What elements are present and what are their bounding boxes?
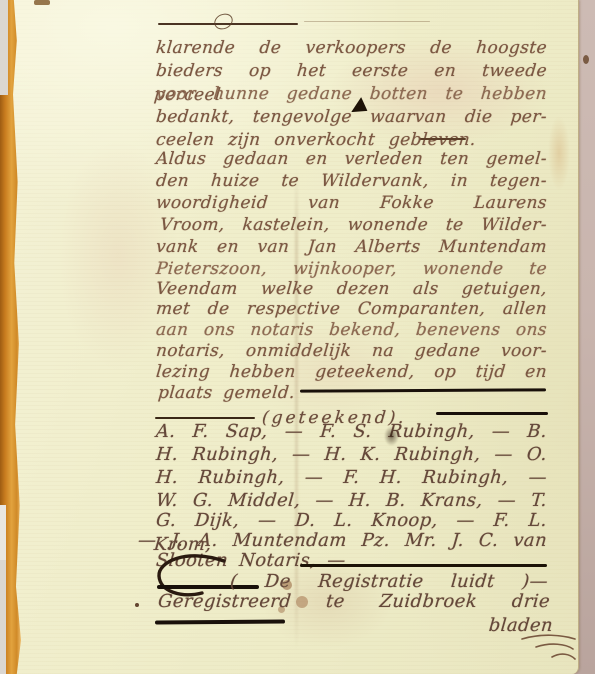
- ink-smear: [384, 426, 399, 446]
- backing-sliver-bottom-left: [0, 560, 6, 674]
- backing-sliver-top-left: [0, 0, 8, 95]
- rule-after-gebleven: [420, 138, 466, 140]
- text-line: Aldus gedaan en verleden ten gemel-: [155, 147, 548, 171]
- paper-notch-left: [0, 505, 6, 563]
- text-line: den huize te Wildervank, in tegen-: [155, 169, 548, 193]
- rule-after-notaris: [300, 564, 547, 567]
- registration-line: Geregistreerd te Zuidbroek drie: [157, 590, 551, 614]
- text-line: voor hunne gedane botten te hebben: [155, 82, 548, 106]
- rule-signed-left: [155, 417, 255, 419]
- text-line: klarende de verkoopers de hoogste: [155, 36, 548, 60]
- paraph-flourish: [518, 632, 580, 666]
- text-line: bedankt, tengevolge waarvan die per-: [155, 105, 548, 129]
- text-line: woordigheid van Fokke Laurens: [155, 191, 548, 215]
- binding-mark-top: [34, 0, 50, 5]
- signature-line: A. F. Sap, — F. S. Rubingh, — B.: [155, 420, 548, 444]
- signature-line: H. Rubingh, — H. K. Rubingh, — O.: [155, 443, 548, 467]
- signature-line: H. Rubingh, — F. H. Rubingh, —: [155, 466, 548, 490]
- text-line: bieders op het eerste en tweede perceel: [155, 59, 548, 83]
- edge-speck: [583, 55, 589, 64]
- rule-top-faint: [304, 21, 430, 22]
- ink-dot: [135, 603, 139, 607]
- text-line: vank en van Jan Alberts Muntendam: [155, 235, 548, 259]
- scanned-document-page: klarende de verkoopers de hoogste bieder…: [0, 0, 595, 674]
- text-line: Vroom, kastelein, wonende te Wilder-: [159, 213, 548, 237]
- rule-signed-right: [436, 412, 548, 415]
- text-line: plaats gemeld.: [157, 381, 296, 405]
